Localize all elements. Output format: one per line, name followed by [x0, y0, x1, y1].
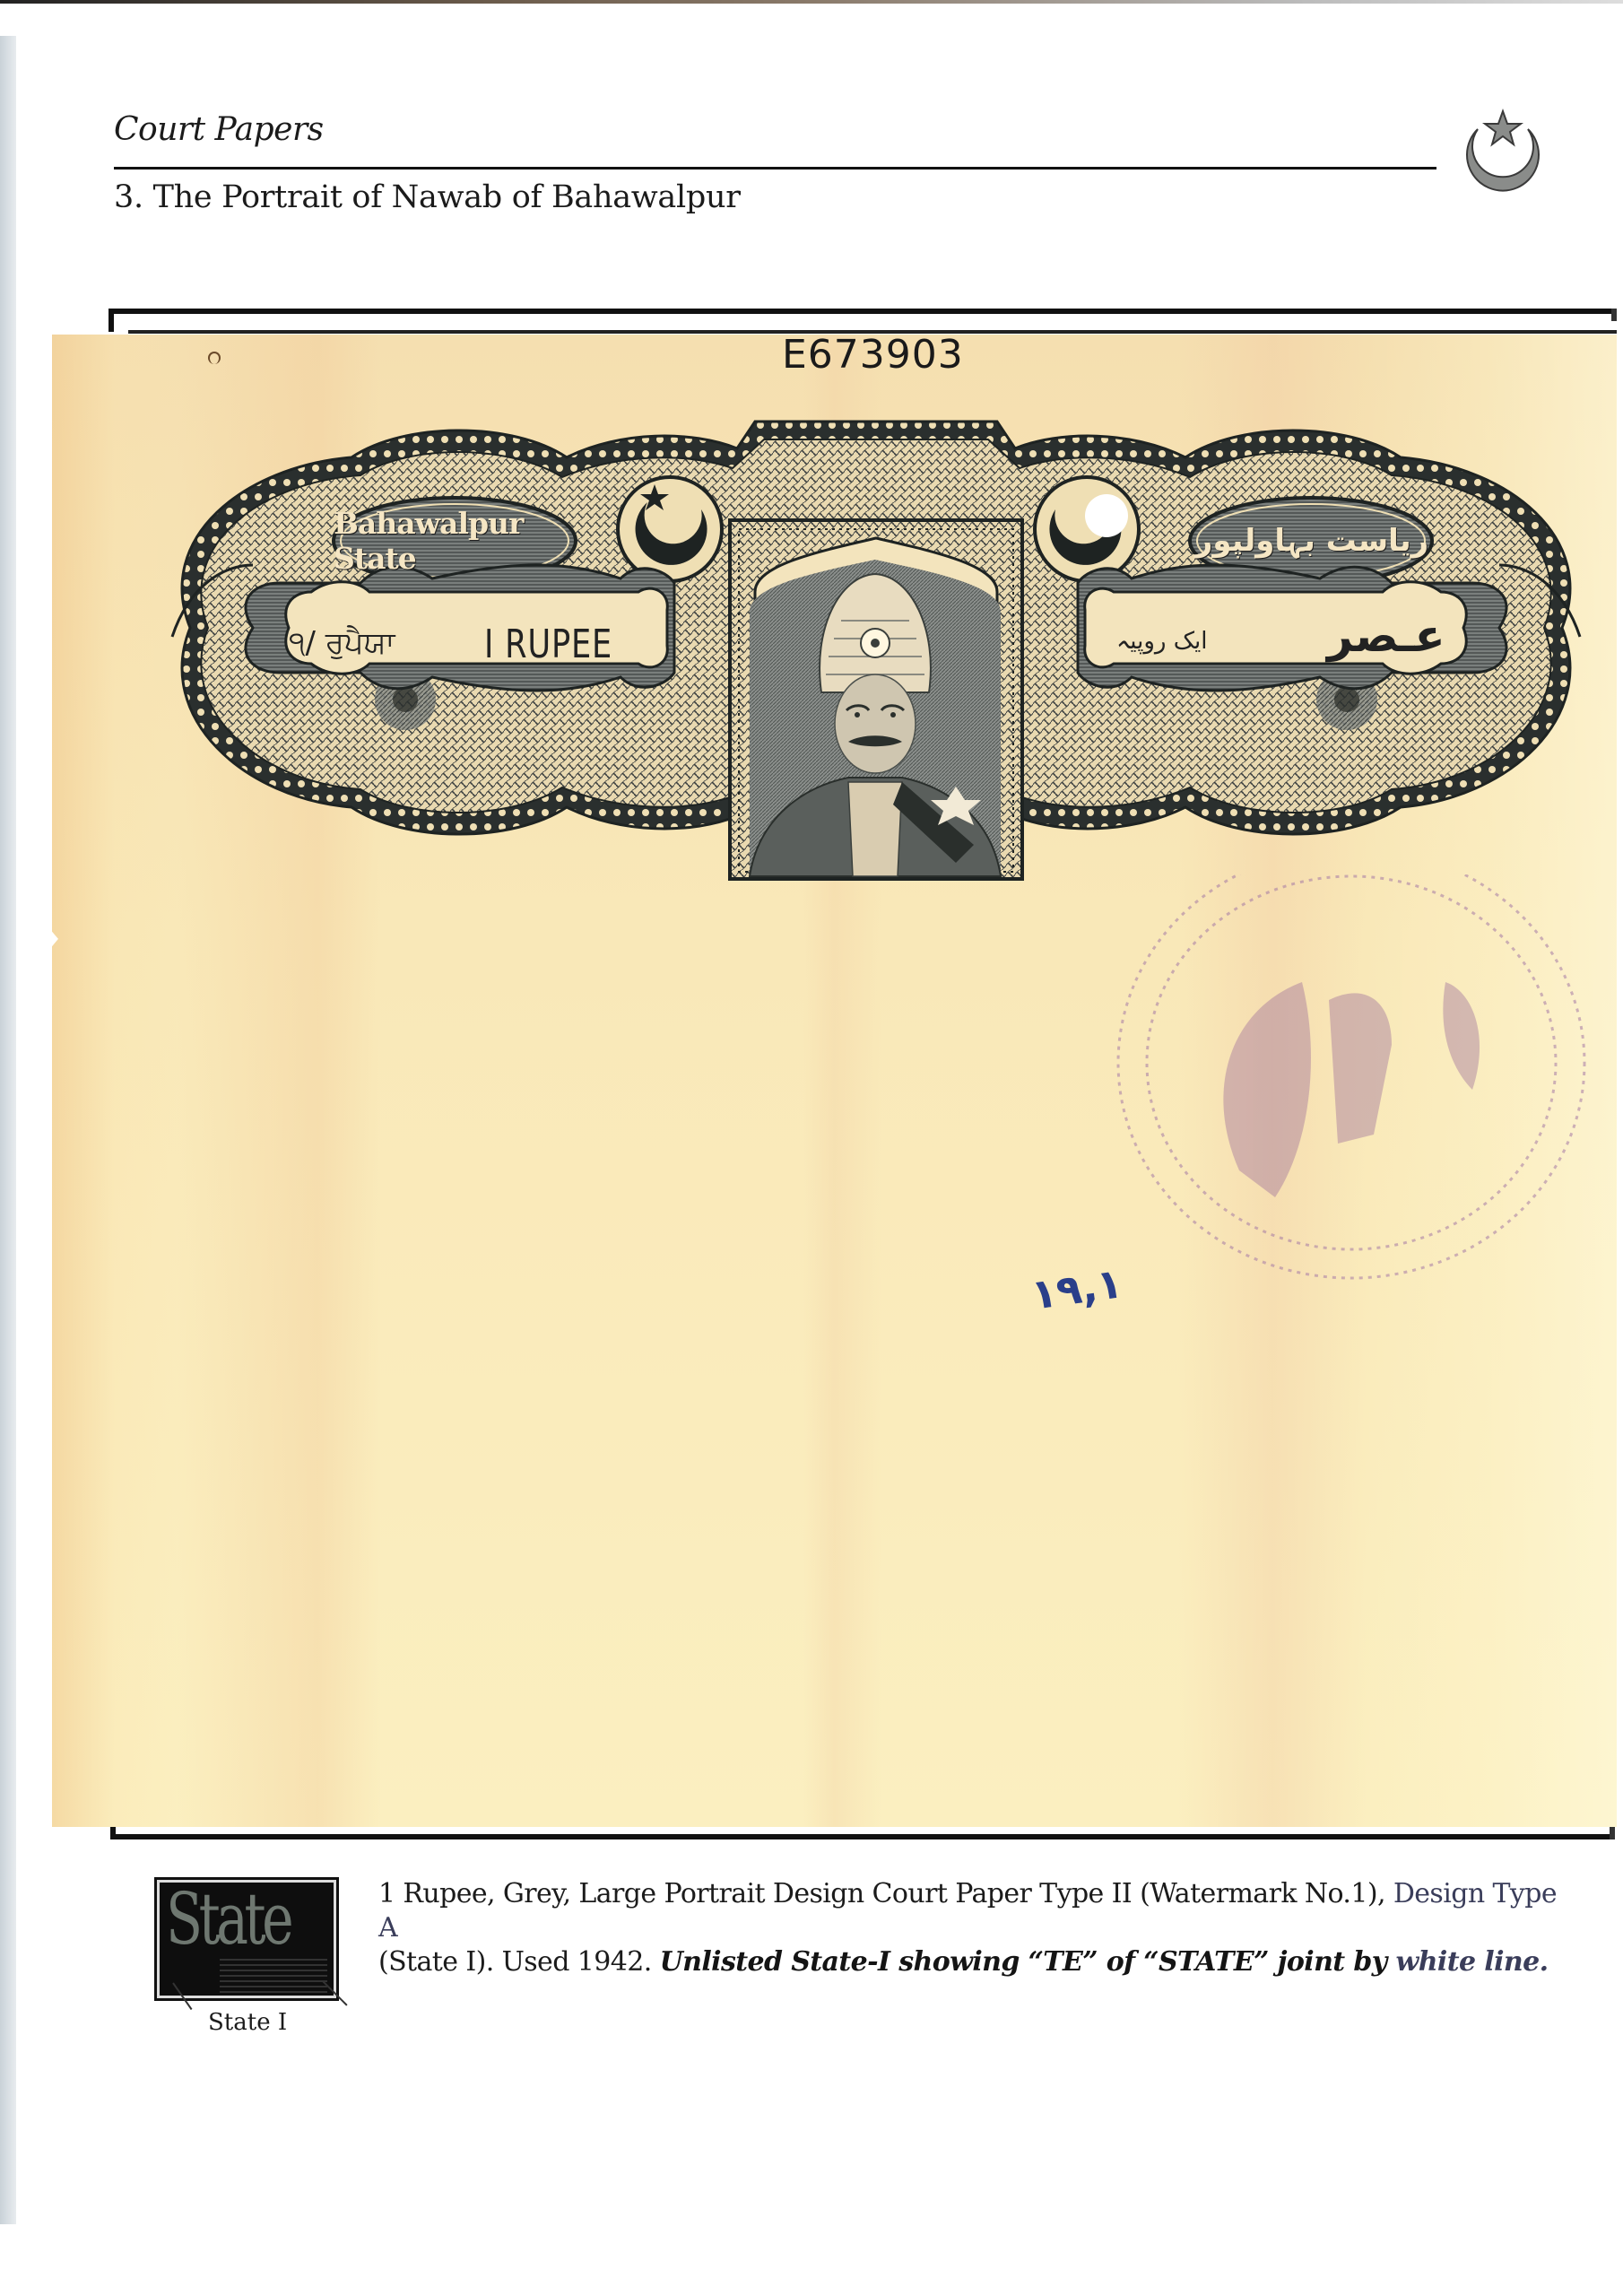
header-rule [114, 167, 1436, 170]
scan-top-edge [0, 0, 1623, 4]
mount-frame-corner [110, 1827, 116, 1839]
serial-number: E673903 [782, 332, 964, 378]
thumbnail-text: State [166, 1883, 290, 1955]
caption-text: 1 Rupee, Grey, Large Portrait Design Cou… [378, 1878, 1385, 1909]
purple-handstamp-seal [1096, 874, 1607, 1287]
stamp-description: 1 Rupee, Grey, Large Portrait Design Cou… [378, 1877, 1580, 1979]
mount-frame-bottom [110, 1834, 1615, 1839]
value-english: I RUPEE [484, 622, 612, 667]
crescent-star-icon [1460, 104, 1546, 203]
thumbnail-label: State I [208, 2009, 287, 2036]
value-urdu-words: ایک روپیہ [1116, 628, 1207, 655]
section-heading: Court Papers [114, 111, 324, 148]
nawab-portrait [741, 558, 1010, 881]
caption-emphasis: Unlisted State-I showing “TE” of “STATE”… [660, 1946, 1387, 1978]
thumbnail-hatching [220, 1959, 327, 1995]
panel-title-urdu: ریاست بہاولپور [1191, 498, 1433, 582]
detail-thumbnail: State [154, 1877, 339, 2001]
paper-nick-mark [208, 352, 221, 364]
caption-emphasis: white line. [1387, 1946, 1549, 1978]
caption-text: (State I). Used 1942. [378, 1946, 660, 1978]
value-urdu-numeral: عـصر [1327, 610, 1445, 662]
page-title: 3. The Portrait of Nawab of Bahawalpur [114, 179, 741, 215]
value-gurmukhi: ੧/ ਰੁਪੈਯਾ [289, 625, 395, 661]
mount-frame-corner [108, 309, 114, 332]
mount-frame-corner [1611, 309, 1617, 321]
mount-frame-top [108, 309, 1617, 314]
panel-title-english: Bahawalpur State [334, 499, 576, 583]
mount-frame-corner [1610, 1827, 1615, 1839]
scan-binder-edge [0, 36, 16, 2224]
